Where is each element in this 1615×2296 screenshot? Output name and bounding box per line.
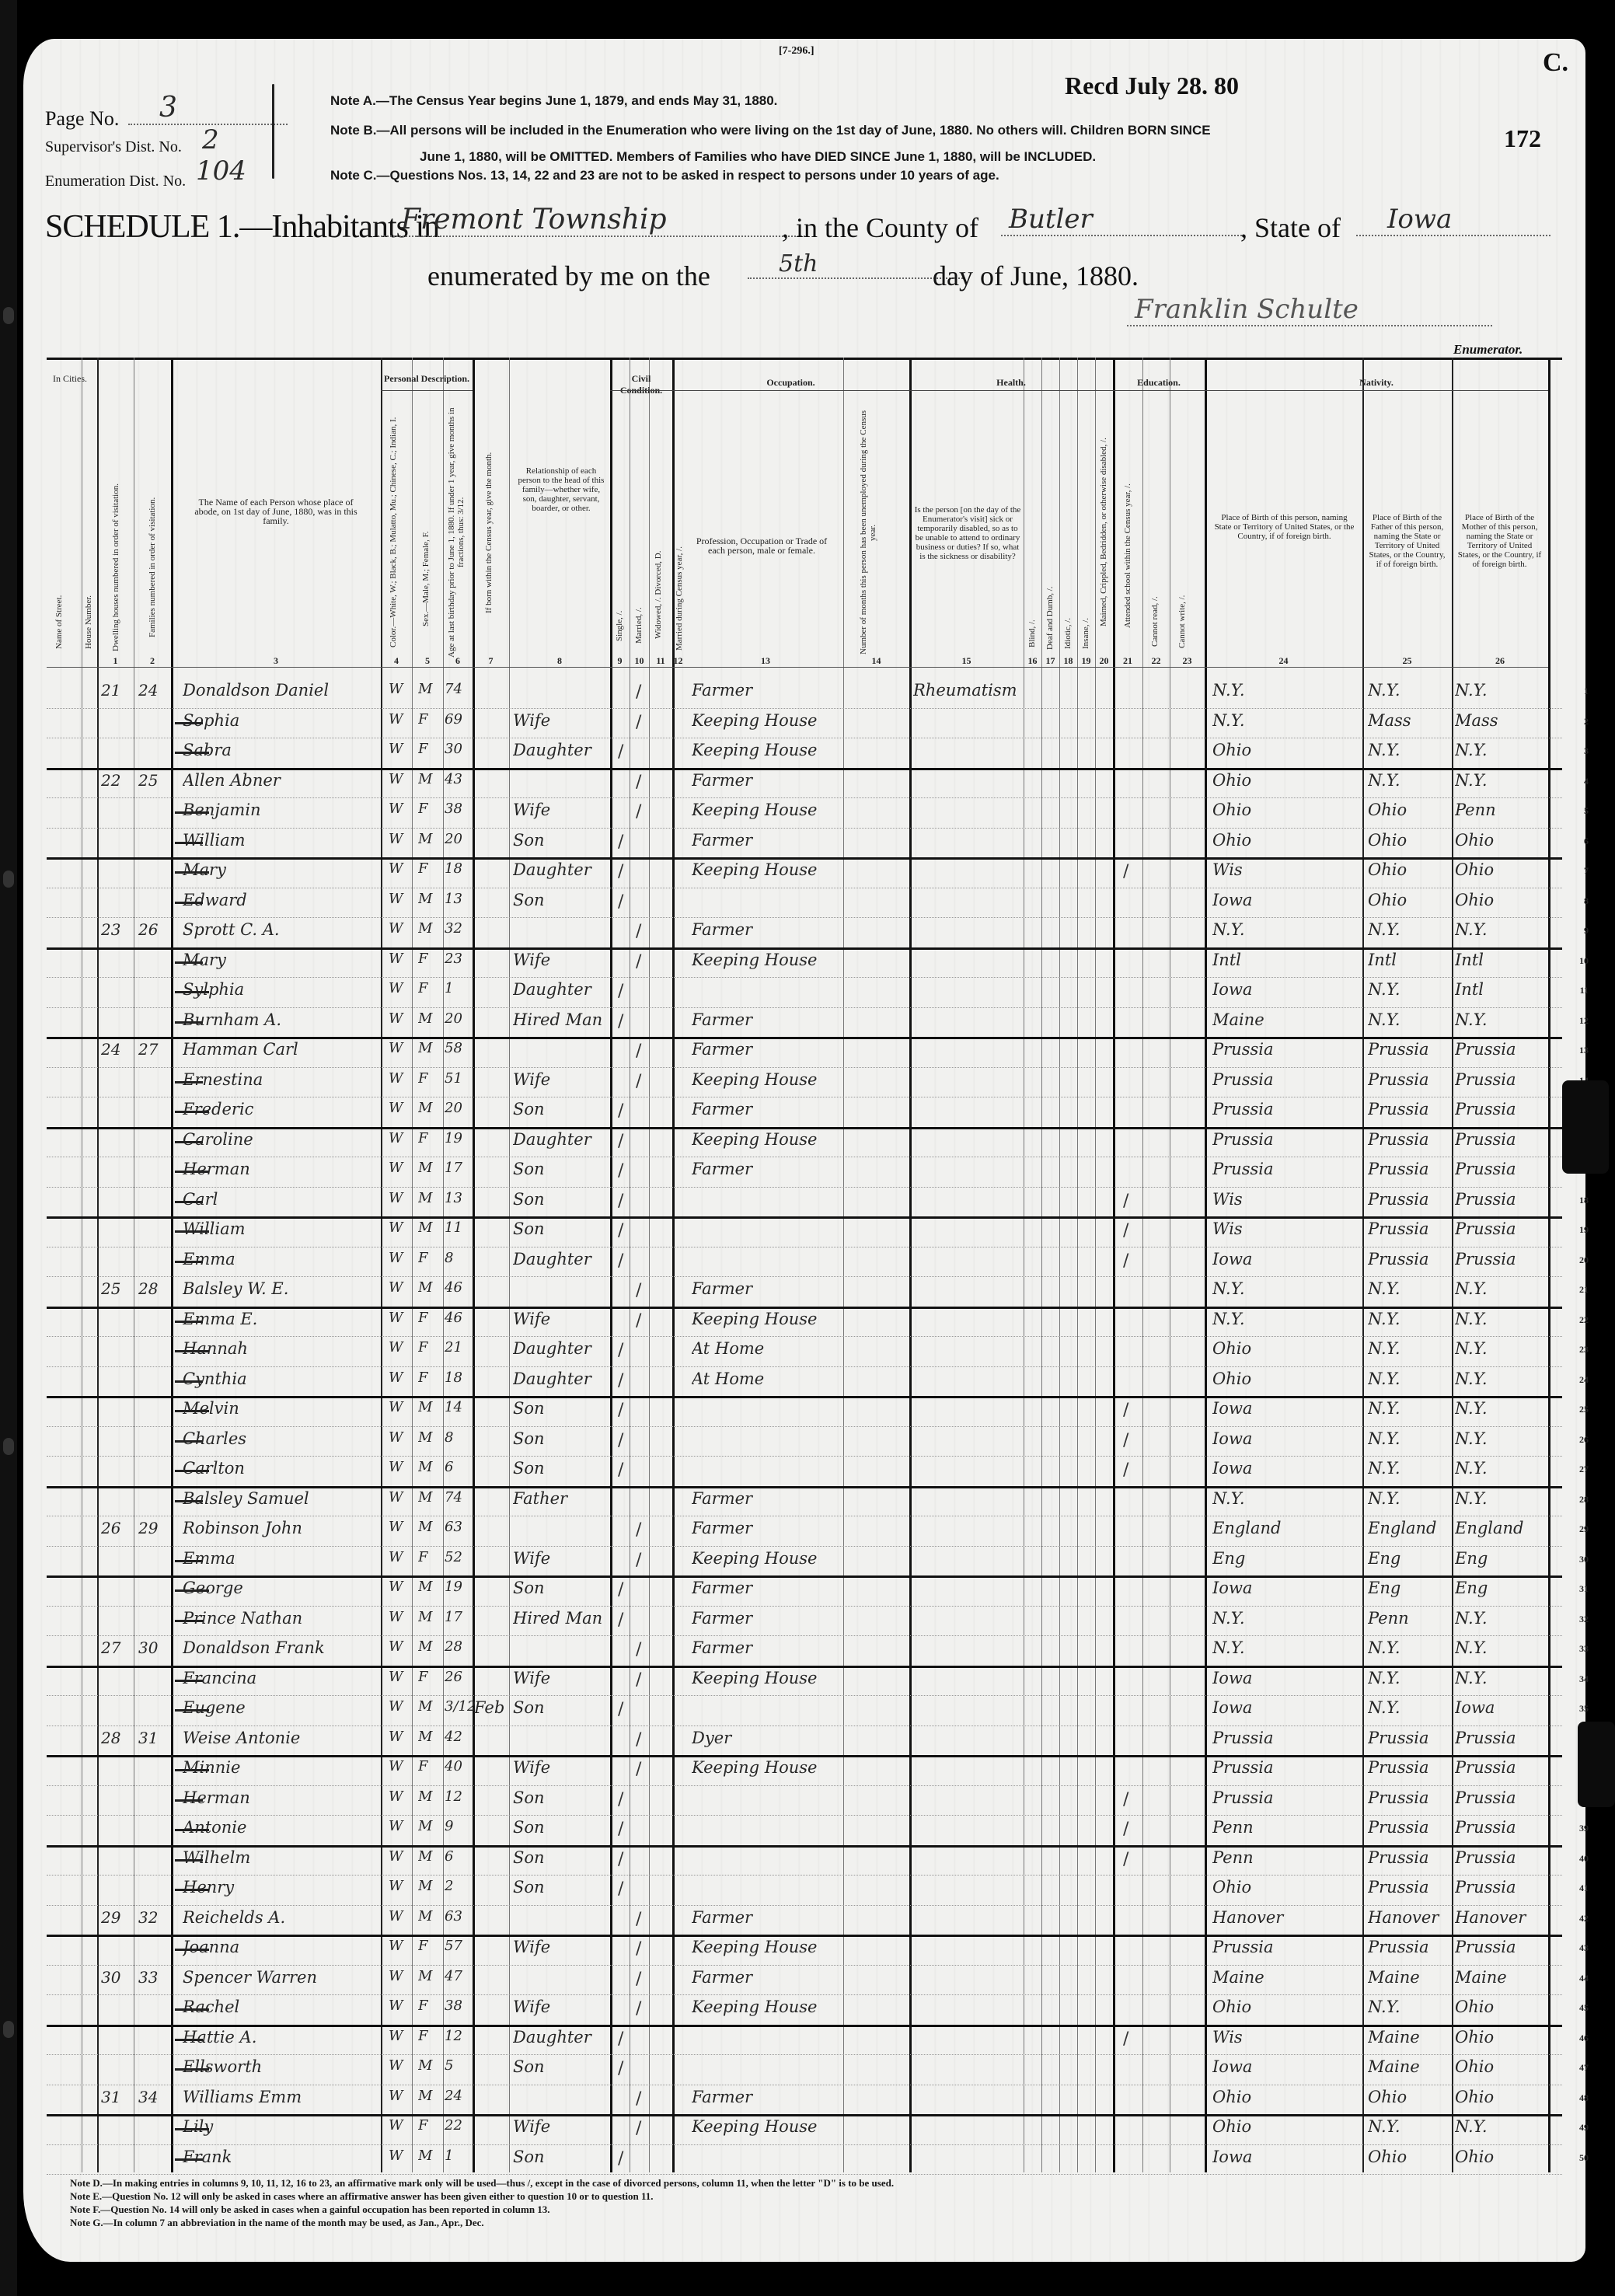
single-mark: / — [618, 1161, 623, 1181]
mother-birthplace-cell: Ohio — [1455, 2148, 1548, 2166]
father-birthplace-cell: England — [1368, 1519, 1452, 1537]
mother-birthplace-cell: Prussia — [1455, 1878, 1548, 1896]
mother-birthplace-cell: Prussia — [1455, 1130, 1548, 1149]
occupation-cell: Farmer — [692, 920, 843, 939]
table-row: JoannaWF57WifeKeeping HousePrussiaPrussi… — [47, 1935, 1562, 1966]
dwelling-number-cell: 29 — [101, 1908, 132, 1927]
father-birthplace-cell: N.Y. — [1368, 1010, 1452, 1029]
family-number-cell: 31 — [138, 1729, 169, 1747]
single-mark: / — [618, 2149, 623, 2169]
sex-cell: F — [418, 2028, 440, 2044]
color-cell: W — [389, 1848, 410, 1865]
age-cell: 1 — [445, 980, 476, 996]
person-name-cell: Emma E. — [183, 1310, 381, 1328]
line-number: 25 — [1579, 1404, 1589, 1415]
header-sickness: Is the person [on the day of the Enumera… — [913, 505, 1022, 561]
enumerator-label: Enumerator. — [1453, 342, 1523, 358]
sex-cell: M — [418, 831, 440, 847]
binding-hole — [3, 2021, 14, 2038]
person-name-cell: Benjamin — [183, 801, 381, 819]
mother-birthplace-cell: Prussia — [1455, 1160, 1548, 1178]
sex-cell: F — [418, 951, 440, 967]
father-birthplace-cell: N.Y. — [1368, 1459, 1452, 1478]
birthplace-cell: Penn — [1212, 1818, 1360, 1837]
birthplace-cell: Iowa — [1212, 1250, 1360, 1268]
mother-birthplace-cell: Prussia — [1455, 1758, 1548, 1777]
relationship-cell: Daughter — [513, 860, 610, 879]
single-mark: / — [618, 1850, 623, 1869]
person-name-cell: Henry — [183, 1878, 381, 1896]
column-number: 7 — [473, 655, 509, 667]
table-row: EdwardWM13SonIowaOhioOhio/8 — [47, 888, 1562, 919]
line-number: 2 — [1584, 716, 1589, 728]
header-relationship: Relationship of each person to the head … — [515, 466, 607, 513]
column-number: 14 — [843, 655, 909, 667]
table-row: SophiaWF69WifeKeeping HouseN.Y.MassMass/… — [47, 708, 1562, 739]
school-mark: / — [1123, 1820, 1128, 1839]
county-label: , in the County of — [782, 211, 978, 244]
person-name-cell: Herman — [183, 1160, 381, 1178]
table-row: AntonieWM9SonPennPrussiaPrussia//39 — [47, 1815, 1562, 1848]
married-mark: / — [636, 773, 641, 792]
mother-birthplace-cell: Prussia — [1455, 1729, 1548, 1747]
table-row: CarolineWF19DaughterKeeping HousePrussia… — [47, 1127, 1562, 1158]
age-cell: 30 — [445, 741, 476, 757]
header-birthplace: Place of Birth of this person, naming St… — [1212, 513, 1356, 541]
header-single: Single, /. — [615, 591, 624, 661]
married-mark: / — [636, 1910, 641, 1929]
supervisor-district-value: 2 — [202, 124, 219, 155]
birthplace-cell: Prussia — [1212, 1070, 1360, 1089]
table-row: EmmaWF52WifeKeeping HouseEngEngEng/30 — [47, 1546, 1562, 1579]
birthplace-cell: N.Y. — [1212, 1489, 1360, 1508]
occupation-cell: Keeping House — [692, 860, 843, 879]
table-row: 2629Robinson JohnWM63FarmerEnglandEnglan… — [47, 1516, 1562, 1547]
sex-cell: F — [418, 980, 440, 996]
person-name-cell: Rachel — [183, 1998, 381, 2016]
family-number-cell: 24 — [138, 681, 169, 700]
column-number: 6 — [443, 655, 473, 667]
father-birthplace-cell: N.Y. — [1368, 1279, 1452, 1298]
header-dwelling-number: Dwelling houses numbered in order of vis… — [111, 474, 120, 661]
sickness-cell: Rheumatism — [913, 681, 1022, 700]
occupation-cell: At Home — [692, 1339, 843, 1358]
table-row: RachelWF38WifeKeeping HouseOhioN.Y.Ohio/… — [47, 1994, 1562, 2027]
table-row: Burnham A.WM20Hired ManFarmerMaineN.Y.N.… — [47, 1007, 1562, 1040]
header-birth-month: If born within the Census year, give the… — [484, 404, 494, 661]
line-number: 22 — [1579, 1314, 1589, 1326]
color-cell: W — [389, 741, 410, 757]
birthplace-cell: Ohio — [1212, 2117, 1360, 2136]
table-row: EmmaWF8DaughterIowaPrussiaPrussia//20 — [47, 1247, 1562, 1278]
person-name-cell: Mary — [183, 860, 381, 879]
person-name-cell: Donaldson Frank — [183, 1638, 381, 1657]
person-name-cell: Cynthia — [183, 1370, 381, 1388]
school-mark: / — [1123, 1850, 1128, 1869]
occupation-cell: Farmer — [692, 1040, 843, 1059]
married-mark: / — [636, 1939, 641, 1959]
line-number: 11 — [1580, 985, 1589, 996]
column-number: 12 — [668, 655, 688, 667]
married-mark: / — [636, 922, 641, 941]
birthplace-cell: Wis — [1212, 860, 1360, 879]
person-name-cell: Carl — [183, 1190, 381, 1209]
birthplace-cell: Prussia — [1212, 1938, 1360, 1956]
dwelling-number-cell: 21 — [101, 681, 132, 700]
sex-cell: M — [418, 1878, 440, 1894]
mother-birthplace-cell: N.Y. — [1455, 1669, 1548, 1687]
table-row: Emma E.WF46WifeKeeping HouseN.Y.N.Y.N.Y.… — [47, 1307, 1562, 1338]
table-row: 2326Sprott C. A.WM32FarmerN.Y.N.Y.N.Y./9 — [47, 917, 1562, 950]
note-a: Note A.—The Census Year begins June 1, 1… — [330, 93, 777, 109]
dwelling-number-cell: 30 — [101, 1968, 132, 1987]
corner-mark: C. — [1543, 48, 1568, 78]
birthplace-cell: England — [1212, 1519, 1360, 1537]
column-number: 21 — [1113, 655, 1142, 667]
group-rule — [610, 390, 672, 391]
line-number: 41 — [1579, 1883, 1589, 1894]
relationship-cell: Daughter — [513, 1339, 610, 1358]
table-row: FrancinaWF26WifeKeeping HouseIowaN.Y.N.Y… — [47, 1666, 1562, 1697]
mother-birthplace-cell: N.Y. — [1455, 1339, 1548, 1358]
person-name-cell: Weise Antonie — [183, 1729, 381, 1747]
table-row: SylphiaWF1DaughterIowaN.Y.Intl/11 — [47, 977, 1562, 1008]
person-name-cell: Balsley Samuel — [183, 1489, 381, 1508]
school-mark: / — [1123, 1192, 1128, 1211]
age-cell: 46 — [445, 1310, 476, 1326]
header-widowed-divorced: Widowed, /. Divorced, D. — [654, 529, 663, 661]
group-civil-condition: Civil Condition. — [610, 373, 672, 396]
birthplace-cell: Penn — [1212, 1848, 1360, 1867]
header-idiotic: Idiotic, /. — [1063, 606, 1073, 661]
column-number: 26 — [1452, 655, 1548, 667]
birthplace-cell: Iowa — [1212, 891, 1360, 909]
ditto-dash — [175, 1081, 203, 1083]
sex-cell: M — [418, 2057, 440, 2074]
occupation-cell: Farmer — [692, 771, 843, 790]
ditto-dash — [175, 1410, 209, 1412]
color-cell: W — [389, 1100, 410, 1116]
group-in-cities: In Cities. — [47, 373, 93, 385]
relationship-cell: Son — [513, 891, 610, 909]
table-row: EllsworthWM5SonIowaMaineOhio/47 — [47, 2054, 1562, 2085]
census-table: In Cities. Personal Description. Civil C… — [47, 358, 1562, 2176]
single-mark: / — [618, 1101, 623, 1121]
color-cell: W — [389, 891, 410, 907]
birthplace-cell: Iowa — [1212, 1579, 1360, 1597]
table-row: 3134Williams EmmWM24FarmerOhioOhioOhio/4… — [47, 2085, 1562, 2117]
married-mark: / — [636, 713, 641, 732]
age-cell: 14 — [445, 1399, 476, 1415]
school-mark: / — [1123, 1460, 1128, 1480]
mother-birthplace-cell: Prussia — [1455, 1220, 1548, 1238]
sex-cell: F — [418, 1130, 440, 1146]
occupation-cell: Dyer — [692, 1729, 843, 1747]
note-b-line2: June 1, 1880, will be OMITTED. Members o… — [420, 149, 1096, 165]
father-birthplace-cell: N.Y. — [1368, 1370, 1452, 1388]
sex-cell: F — [418, 1938, 440, 1954]
line-number: 9 — [1584, 925, 1589, 937]
age-cell: 19 — [445, 1130, 476, 1146]
birthplace-cell: Ohio — [1212, 1370, 1360, 1388]
single-mark: / — [618, 862, 623, 881]
color-cell: W — [389, 2117, 410, 2134]
person-name-cell: Ellsworth — [183, 2057, 381, 2076]
table-row: CarltonWM6SonIowaN.Y.N.Y.//27 — [47, 1456, 1562, 1488]
mother-birthplace-cell: N.Y. — [1455, 1370, 1548, 1388]
married-mark: / — [636, 1281, 641, 1300]
birthplace-cell: Prussia — [1212, 1758, 1360, 1777]
birthplace-cell: Maine — [1212, 1968, 1360, 1987]
person-name-cell: William — [183, 831, 381, 850]
relationship-cell: Wife — [513, 1549, 610, 1568]
occupation-cell: Keeping House — [692, 1938, 843, 1956]
person-name-cell: Allen Abner — [183, 771, 381, 790]
line-number: 31 — [1579, 1583, 1589, 1595]
single-mark: / — [618, 1580, 623, 1600]
relationship-cell: Son — [513, 1100, 610, 1118]
ditto-dash — [175, 2158, 203, 2161]
person-name-cell: Lily — [183, 2117, 381, 2136]
color-cell: W — [389, 1040, 410, 1056]
father-birthplace-cell: Ohio — [1368, 831, 1452, 850]
color-cell: W — [389, 831, 410, 847]
table-row: WilliamWM11SonWisPrussiaPrussia//19 — [47, 1216, 1562, 1247]
person-name-cell: Edward — [183, 891, 381, 909]
color-cell: W — [389, 2057, 410, 2074]
sex-cell: F — [418, 1370, 440, 1386]
age-cell: 6 — [445, 1459, 476, 1475]
table-row: CharlesWM8SonIowaN.Y.N.Y.//26 — [47, 1426, 1562, 1457]
ink-blot — [1578, 1722, 1615, 1807]
birthplace-cell: Iowa — [1212, 980, 1360, 999]
sex-cell: M — [418, 771, 440, 787]
ditto-dash — [175, 1859, 203, 1862]
sex-cell: M — [418, 1399, 440, 1415]
supervisor-district-label: Supervisor's Dist. No. — [45, 138, 182, 156]
age-cell: 17 — [445, 1609, 476, 1625]
table-row: 2831Weise AntonieWM42DyerPrussiaPrussiaP… — [47, 1725, 1562, 1758]
table-row: CynthiaWF18DaughterAt HomeOhioN.Y.N.Y./2… — [47, 1366, 1562, 1399]
father-birthplace-cell: N.Y. — [1368, 1310, 1452, 1328]
sex-cell: F — [418, 741, 440, 757]
father-birthplace-cell: N.Y. — [1368, 771, 1452, 790]
person-name-cell: Mary — [183, 951, 381, 969]
table-row: FrankWM1SonIowaOhioOhio/50 — [47, 2144, 1562, 2176]
ditto-dash — [175, 1589, 209, 1592]
birthplace-cell: Ohio — [1212, 801, 1360, 819]
relationship-cell: Son — [513, 1429, 610, 1448]
birthplace-cell: Ohio — [1212, 831, 1360, 850]
line-number: 12 — [1579, 1015, 1589, 1027]
relationship-cell: Son — [513, 831, 610, 850]
person-name-cell: Hamman Carl — [183, 1040, 381, 1059]
school-mark: / — [1123, 1221, 1128, 1240]
column-number: 22 — [1142, 655, 1170, 667]
birthplace-cell: N.Y. — [1212, 920, 1360, 939]
father-birthplace-cell: Maine — [1368, 2057, 1452, 2076]
occupation-cell: Farmer — [692, 681, 843, 700]
table-row: MaryWF23WifeKeeping HouseIntlIntlIntl/10 — [47, 947, 1562, 979]
dwelling-number-cell: 22 — [101, 771, 132, 790]
relationship-cell: Wife — [513, 711, 610, 730]
school-mark: / — [1123, 1251, 1128, 1271]
relationship-cell: Wife — [513, 1938, 610, 1956]
birthplace-cell: N.Y. — [1212, 681, 1360, 700]
line-number: 48 — [1579, 2092, 1589, 2104]
note-e: Note E.—Question No. 12 will only be ask… — [70, 2190, 894, 2203]
married-mark: / — [636, 2119, 641, 2138]
person-name-cell: Sophia — [183, 711, 381, 730]
mother-birthplace-cell: Eng — [1455, 1579, 1548, 1597]
person-name-cell: William — [183, 1220, 381, 1238]
mother-birthplace-cell: Iowa — [1455, 1698, 1548, 1717]
color-cell: W — [389, 1638, 410, 1655]
occupation-cell: Farmer — [692, 1968, 843, 1987]
occupation-cell: Keeping House — [692, 1998, 843, 2016]
married-mark: / — [636, 682, 641, 702]
header-name-of-street: Name of Street. — [54, 583, 64, 661]
person-name-cell: Emma — [183, 1549, 381, 1568]
sex-cell: M — [418, 681, 440, 697]
father-birthplace-cell: N.Y. — [1368, 1489, 1452, 1508]
color-cell: W — [389, 1698, 410, 1715]
birthplace-cell: Iowa — [1212, 1698, 1360, 1717]
color-cell: W — [389, 1429, 410, 1446]
color-cell: W — [389, 860, 410, 877]
married-mark: / — [636, 1730, 641, 1750]
ditto-dash — [175, 1709, 209, 1712]
occupation-cell: Keeping House — [692, 1070, 843, 1089]
single-mark: / — [618, 1192, 623, 1211]
received-stamp: Recd July 28. 80 — [1065, 72, 1239, 100]
sex-cell: M — [418, 1459, 440, 1475]
birthplace-cell: Wis — [1212, 2028, 1360, 2047]
sex-cell: M — [418, 1908, 440, 1924]
mother-birthplace-cell: Ohio — [1455, 1998, 1548, 2016]
father-birthplace-cell: N.Y. — [1368, 980, 1452, 999]
age-cell: 46 — [445, 1279, 476, 1296]
table-row: HannahWF21DaughterAt HomeOhioN.Y.N.Y./23 — [47, 1336, 1562, 1367]
line-number: 26 — [1579, 1434, 1589, 1446]
married-mark: / — [636, 1311, 641, 1331]
father-birthplace-cell: Mass — [1368, 711, 1452, 730]
sex-cell: F — [418, 1339, 440, 1356]
father-birthplace-cell: Prussia — [1368, 1190, 1452, 1209]
person-name-cell: Francina — [183, 1669, 381, 1687]
ditto-dash — [175, 1171, 209, 1173]
ditto-dash — [175, 2128, 209, 2130]
relationship-cell: Daughter — [513, 1370, 610, 1388]
dwelling-number-cell: 26 — [101, 1519, 132, 1537]
married-mark: / — [636, 1042, 641, 1061]
person-name-cell: Frederic — [183, 1100, 381, 1118]
father-birthplace-cell: N.Y. — [1368, 1399, 1452, 1418]
ink-blot — [1562, 1080, 1609, 1174]
header-maimed: Maimed, Crippled, Bedridden, or otherwis… — [1099, 404, 1108, 661]
state-value: Iowa — [1356, 204, 1550, 236]
enumeration-district-value: 104 — [196, 155, 246, 187]
father-birthplace-cell: N.Y. — [1368, 1698, 1452, 1717]
occupation-cell: Keeping House — [692, 1549, 843, 1568]
ditto-dash — [175, 811, 209, 814]
header-occupation: Profession, Occupation or Trade of each … — [692, 536, 832, 555]
table-row: 3033Spencer WarrenWM47FarmerMaineMaineMa… — [47, 1965, 1562, 1996]
line-number: 5 — [1584, 805, 1589, 817]
mother-birthplace-cell: Prussia — [1455, 1788, 1548, 1807]
mother-birthplace-cell: N.Y. — [1455, 2117, 1548, 2136]
family-number-cell: 32 — [138, 1908, 169, 1927]
line-number: 6 — [1584, 836, 1589, 847]
single-mark: / — [618, 2059, 623, 2078]
ditto-dash — [175, 902, 203, 904]
table-row: Prince NathanWM17Hired ManFarmerN.Y.Penn… — [47, 1606, 1562, 1637]
mother-birthplace-cell: N.Y. — [1455, 1609, 1548, 1628]
group-occupation: Occupation. — [672, 377, 909, 389]
age-cell: 12 — [445, 1788, 476, 1805]
sex-cell: M — [418, 1010, 440, 1027]
occupation-cell: Farmer — [692, 2088, 843, 2106]
color-cell: W — [389, 771, 410, 787]
mother-birthplace-cell: Maine — [1455, 1968, 1548, 1987]
family-number-cell: 34 — [138, 2088, 169, 2106]
married-mark: / — [636, 1640, 641, 1659]
relationship-cell: Daughter — [513, 2028, 610, 2047]
person-name-cell: Charles — [183, 1429, 381, 1448]
line-number: 1 — [1584, 686, 1589, 697]
occupation-cell: Keeping House — [692, 1669, 843, 1687]
occupation-cell: At Home — [692, 1370, 843, 1388]
line-number: 20 — [1579, 1254, 1589, 1266]
sex-cell: M — [418, 1818, 440, 1834]
relationship-cell: Wife — [513, 1758, 610, 1777]
single-mark: / — [618, 1371, 623, 1391]
header-sex: Sex.—Male, M.; Female, F. — [421, 497, 431, 661]
single-mark: / — [618, 1401, 623, 1420]
relationship-cell: Son — [513, 1818, 610, 1837]
header-family-number: Families numbered in order of visitation… — [148, 474, 157, 661]
enumeration-district-label: Enumeration Dist. No. — [45, 173, 186, 190]
ditto-dash — [175, 1620, 203, 1622]
table-row: 2225Allen AbnerWM43FarmerOhioN.Y.N.Y./4 — [47, 768, 1562, 799]
father-birthplace-cell: Ohio — [1368, 891, 1452, 909]
header-attended-school: Attended school within the Census year, … — [1123, 451, 1132, 661]
occupation-cell: Farmer — [692, 1638, 843, 1657]
married-mark: / — [636, 952, 641, 972]
group-rule — [672, 390, 1548, 391]
ditto-dash — [175, 1350, 209, 1352]
table-row: EugeneWM3/12FebSonIowaN.Y.Iowa/35 — [47, 1695, 1562, 1726]
single-mark: / — [618, 1460, 623, 1480]
occupation-cell: Farmer — [692, 831, 843, 850]
person-name-cell: Spencer Warren — [183, 1968, 381, 1987]
group-personal-description: Personal Description. — [381, 373, 473, 385]
occupation-cell: Farmer — [692, 1160, 843, 1178]
sex-cell: F — [418, 1250, 440, 1266]
mother-birthplace-cell: N.Y. — [1455, 1279, 1548, 1298]
color-cell: W — [389, 1729, 410, 1745]
column-number: 23 — [1170, 655, 1205, 667]
dwelling-number-cell: 28 — [101, 1729, 132, 1747]
color-cell: W — [389, 681, 410, 697]
column-number: 13 — [688, 655, 843, 667]
ditto-dash — [175, 1230, 209, 1233]
mother-birthplace-cell: Prussia — [1455, 1250, 1548, 1268]
father-birthplace-cell: Prussia — [1368, 1220, 1452, 1238]
table-row: FredericWM20SonFarmerPrussiaPrussiaPruss… — [47, 1097, 1562, 1129]
column-number: 9 — [610, 655, 630, 667]
person-name-cell: Ernestina — [183, 1070, 381, 1089]
